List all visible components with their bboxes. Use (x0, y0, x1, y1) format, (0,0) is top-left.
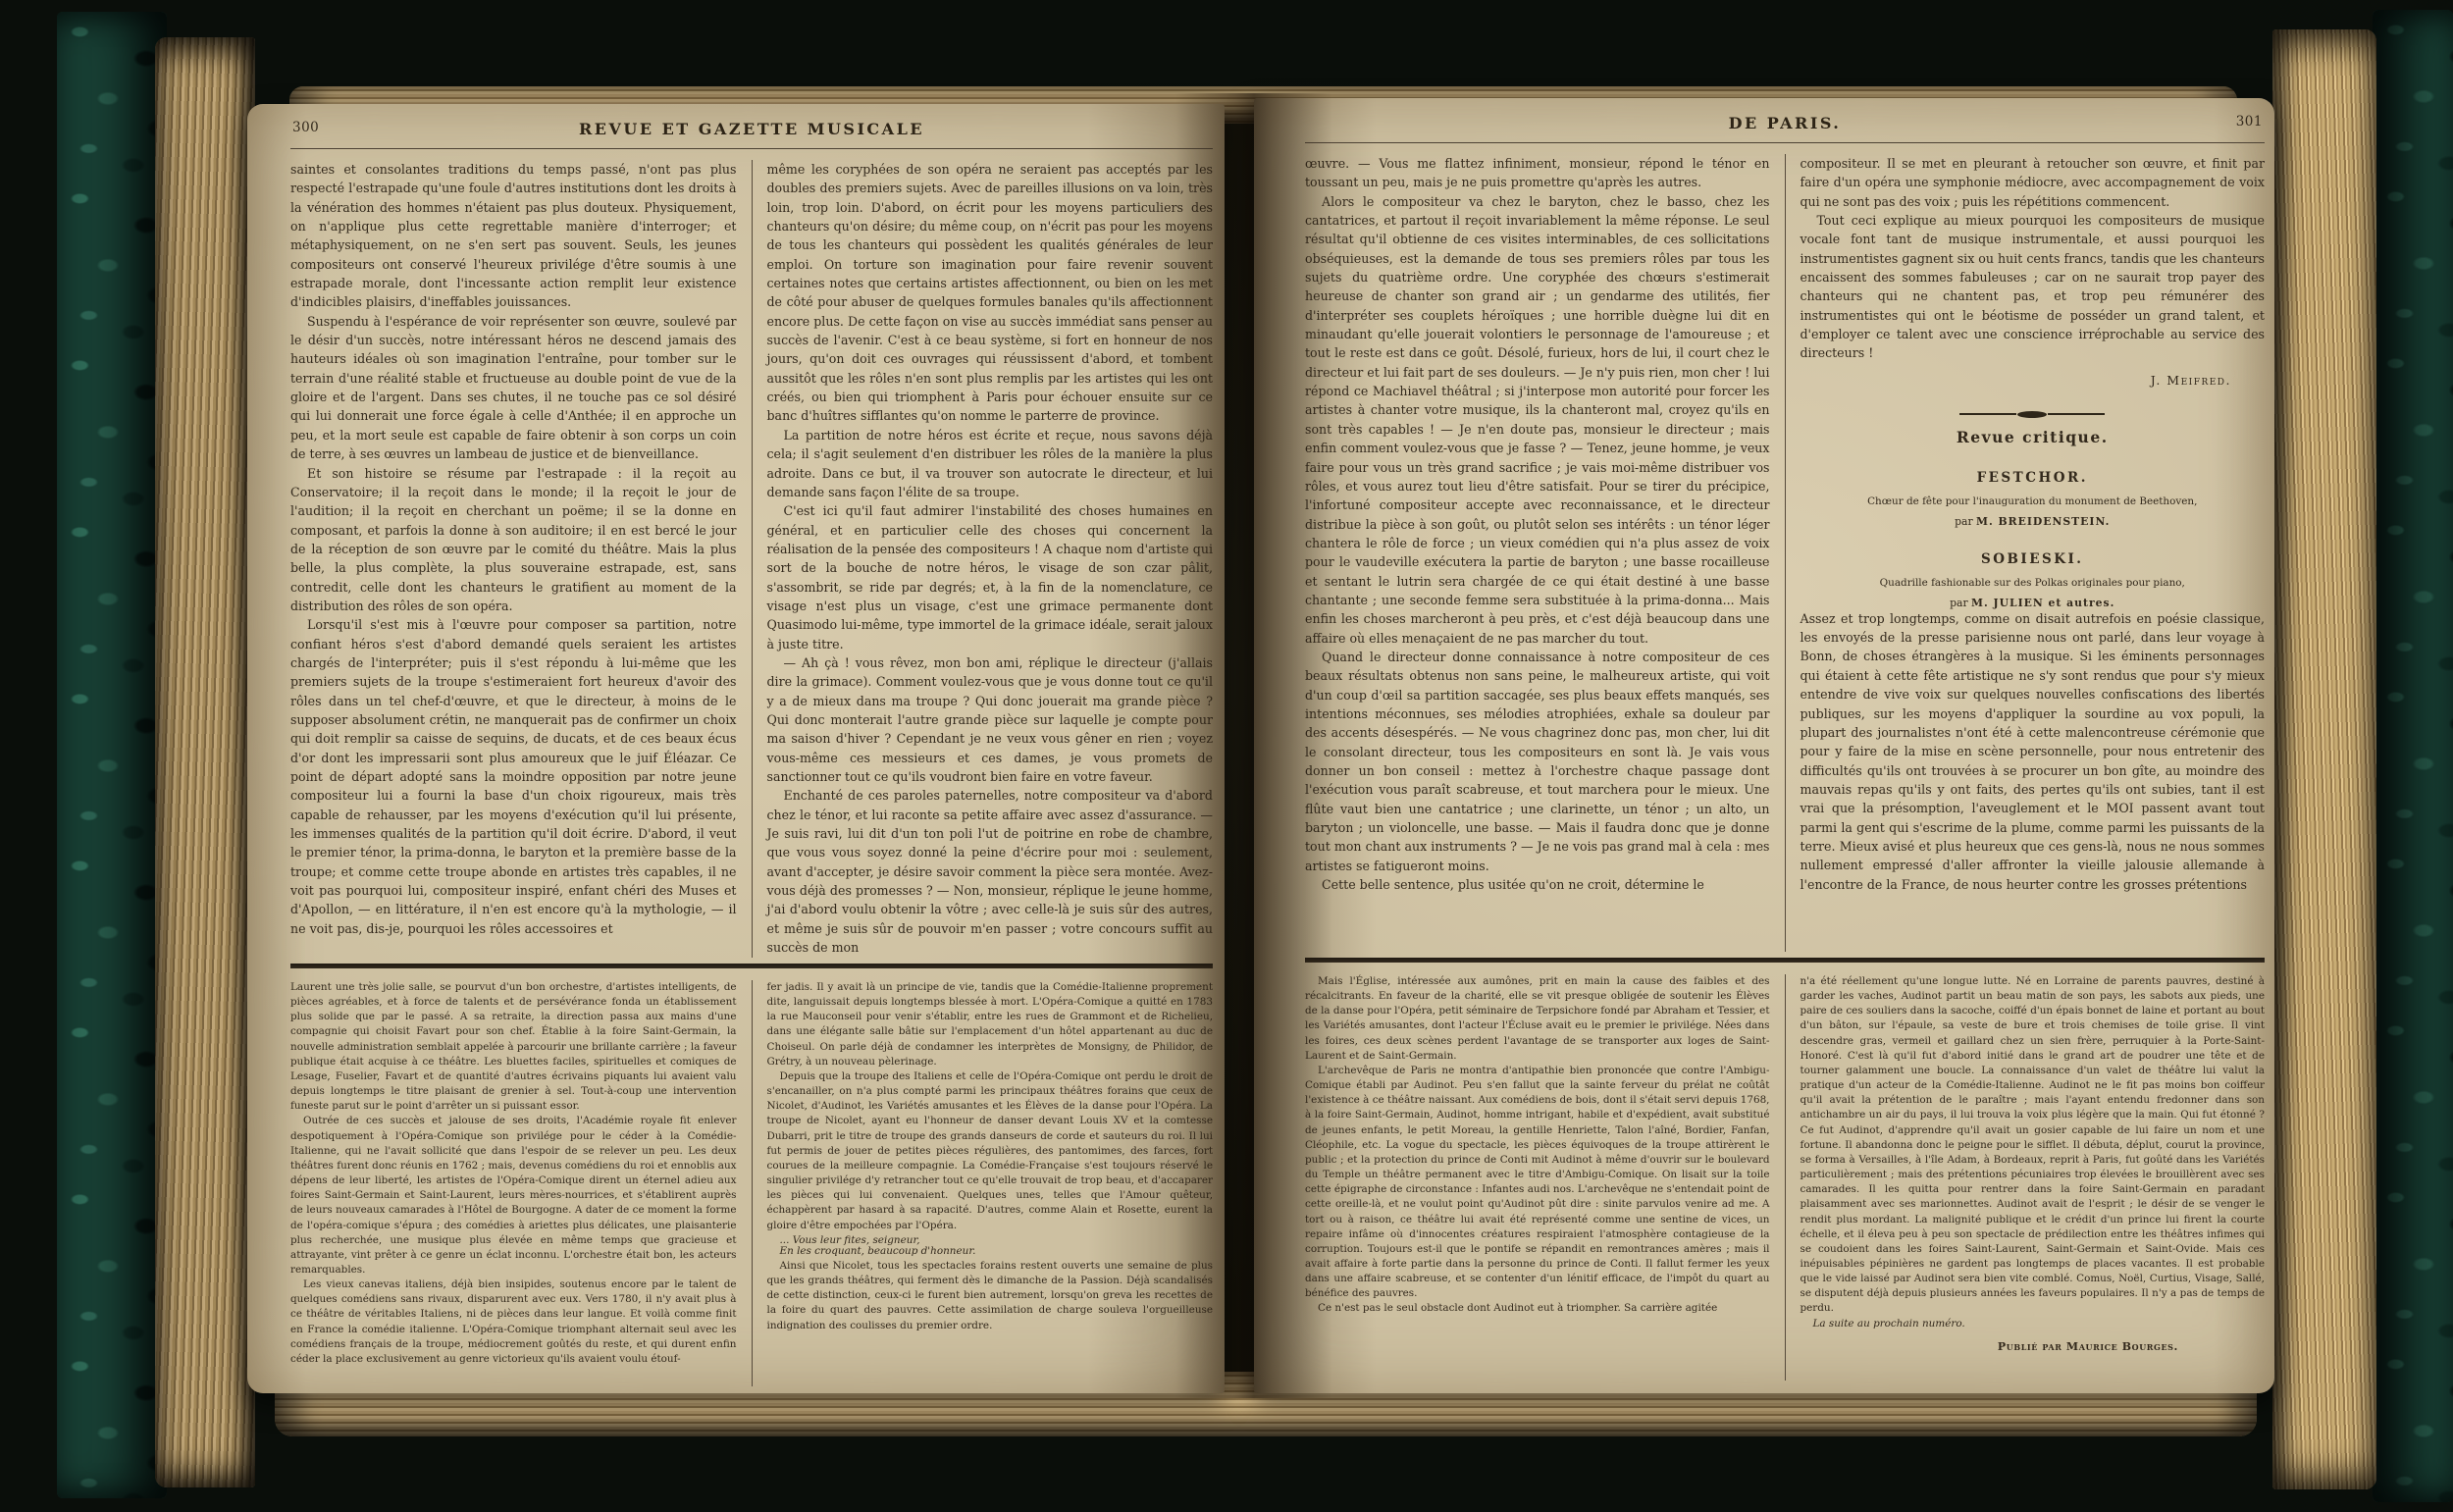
byline-name: M. JULIEN et autres. (1971, 597, 2114, 609)
feuilleton-column-left: Mais l'Église, intéressée aux aumônes, p… (1305, 974, 1786, 1381)
paragraph: Alors le compositeur va chez le baryton,… (1305, 192, 1770, 648)
feuilleton: Mais l'Église, intéressée aux aumônes, p… (1305, 974, 2265, 1381)
byline-prefix: par (1955, 515, 1973, 528)
paragraph: Suspendu à l'espérance de voir représent… (290, 312, 737, 464)
paragraph: Cette belle sentence, plus usitée qu'on … (1305, 875, 1770, 894)
journal-title: REVUE ET GAZETTE MUSICALE (290, 118, 1213, 138)
reviewed-work: SOBIESKI. Quadrille fashionable sur des … (1801, 551, 2266, 609)
byline-prefix: par (1950, 597, 1968, 609)
paragraph: n'a été réellement qu'une longue lutte. … (1801, 974, 2266, 1317)
paragraph: Les vieux canevas italiens, déjà bien in… (290, 1277, 737, 1367)
paragraph: — Ah çà ! vous rêvez, mon bon ami, répli… (767, 653, 1214, 786)
paragraph: La partition de notre héros est écrite e… (767, 426, 1214, 501)
page-number: 300 (292, 120, 319, 135)
paragraph: Enchanté de ces paroles paternelles, not… (767, 786, 1214, 957)
page-number: 301 (2236, 114, 2263, 130)
page-header: 300 REVUE ET GAZETTE MUSICALE (290, 118, 1213, 143)
verse-line: En les croquant, beaucoup d'honneur. (767, 1244, 1214, 1259)
work-title: SOBIESKI. (1801, 551, 2266, 567)
feuilleton: Laurent une très jolie salle, se pourvut… (290, 980, 1213, 1386)
publisher-line: Publié par Maurice Bourges. (1801, 1340, 2266, 1353)
paragraph: Assez et trop longtemps, comme on disait… (1801, 609, 2266, 894)
paragraph: C'est ici qu'il faut admirer l'instabili… (767, 501, 1214, 653)
review-section-title: Revue critique. (1801, 428, 2266, 446)
left-board-marble (57, 12, 167, 1498)
right-page: DE PARIS. 301 œuvre. — Vous me flattez i… (1254, 98, 2274, 1393)
paragraph: saintes et consolantes traditions du tem… (290, 160, 737, 312)
author-signature: J. Meifred. (1801, 373, 2266, 388)
main-columns: saintes et consolantes traditions du tem… (290, 160, 1213, 958)
paragraph: Mais l'Église, intéressée aux aumônes, p… (1305, 974, 1770, 1064)
feuilleton-column-left: Laurent une très jolie salle, se pourvut… (290, 980, 753, 1386)
ornament-lens (2017, 411, 2047, 418)
header-rule (290, 148, 1213, 149)
paragraph: compositeur. Il se met en pleurant à ret… (1801, 154, 2266, 211)
paragraph: œuvre. — Vous me flattez infiniment, mon… (1305, 154, 1770, 192)
byline-name: M. BREIDENSTEIN. (1976, 515, 2110, 528)
reviewed-work: FESTCHOR. Chœur de fête pour l'inaugurat… (1801, 470, 2266, 528)
main-columns: œuvre. — Vous me flattez infiniment, mon… (1305, 154, 2265, 952)
paragraph: Laurent une très jolie salle, se pourvut… (290, 980, 737, 1114)
paragraph: Et son histoire se résume par l'estrapad… (290, 464, 737, 616)
left-page: 300 REVUE ET GAZETTE MUSICALE saintes et… (247, 104, 1225, 1393)
right-page-edges (2272, 29, 2376, 1489)
page-header: DE PARIS. 301 (1305, 112, 2265, 137)
work-subtitle: Chœur de fête pour l'inauguration du mon… (1801, 495, 2266, 508)
work-subtitle: Quadrille fashionable sur des Polkas ori… (1801, 576, 2266, 590)
left-page-edges (155, 37, 255, 1487)
header-rule (1305, 142, 2265, 143)
photo-background: { "left_page": { "page_number": "300", "… (0, 0, 2453, 1512)
main-column-left: œuvre. — Vous me flattez infiniment, mon… (1305, 154, 1786, 952)
main-column-right: même les coryphées de son opéra ne serai… (753, 160, 1214, 958)
paragraph: Ainsi que Nicolet, tous les spectacles f… (767, 1259, 1214, 1333)
section-divider-ornament (1801, 411, 2266, 418)
closing-line: La suite au prochain numéro. (1801, 1317, 2266, 1331)
paragraph: même les coryphées de son opéra ne serai… (767, 160, 1214, 426)
paragraph: Outrée de ces succès et jalouse de ses d… (290, 1114, 737, 1277)
main-column-right: compositeur. Il se met en pleurant à ret… (1786, 154, 2266, 952)
work-byline: par M. JULIEN et autres. (1801, 597, 2266, 609)
paragraph: Quand le directeur donne connaissance à … (1305, 648, 1770, 875)
work-byline: par M. BREIDENSTEIN. (1801, 515, 2266, 528)
ornament-line (1959, 413, 2016, 415)
paragraph: Ce n'est pas le seul obstacle dont Audin… (1305, 1301, 1770, 1316)
paragraph: Depuis que la troupe des Italiens et cel… (767, 1069, 1214, 1233)
main-column-left: saintes et consolantes traditions du tem… (290, 160, 753, 958)
paragraph: Tout ceci explique au mieux pourquoi les… (1801, 211, 2266, 363)
ornament-line (2048, 413, 2105, 415)
paragraph: L'archevêque de Paris ne montra d'antipa… (1305, 1064, 1770, 1302)
feuilleton-column-right: n'a été réellement qu'une longue lutte. … (1786, 974, 2266, 1381)
right-board-marble (2373, 10, 2453, 1502)
feuilleton-separator-rule (290, 964, 1213, 968)
paragraph: Lorsqu'il s'est mis à l'œuvre pour compo… (290, 615, 737, 938)
work-title: FESTCHOR. (1801, 470, 2266, 486)
journal-title: DE PARIS. (1305, 112, 2265, 132)
paragraph: fer jadis. Il y avait là un principe de … (767, 980, 1214, 1069)
feuilleton-separator-rule (1305, 958, 2265, 963)
feuilleton-column-right: fer jadis. Il y avait là un principe de … (753, 980, 1214, 1386)
